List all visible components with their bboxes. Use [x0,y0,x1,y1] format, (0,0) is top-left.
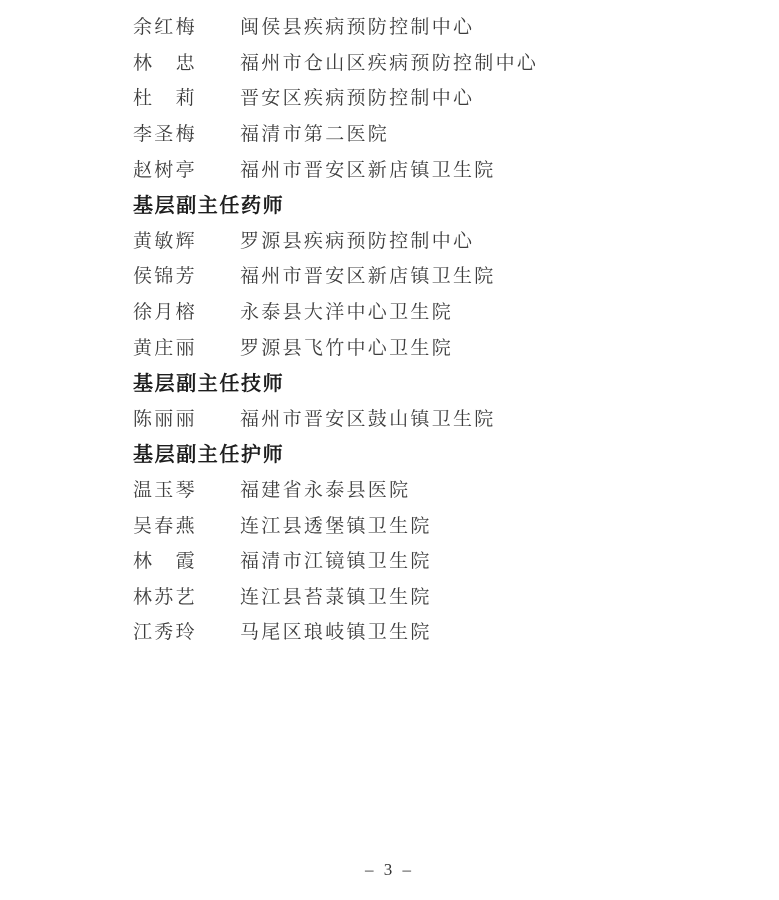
person-name: 温玉琴 [133,475,240,502]
roster-row: 余红梅闽侯县疾病预防控制中心 [133,8,693,44]
roster-row: 黄庄丽罗源县飞竹中心卫生院 [133,328,693,364]
organization: 福建省永泰县医院 [240,475,410,502]
roster-row: 黄敏辉罗源县疾病预防控制中心 [133,222,693,258]
person-name: 吴春燕 [133,511,240,538]
roster-row: 陈丽丽福州市晋安区鼓山镇卫生院 [133,400,693,436]
organization: 福州市晋安区新店镇卫生院 [240,261,496,288]
organization: 连江县苔菉镇卫生院 [240,582,432,609]
roster-row: 李圣梅福清市第二医院 [133,115,693,151]
roster-row: 徐月榕永泰县大洋中心卫生院 [133,293,693,329]
person-name: 赵树亭 [133,155,240,182]
organization: 福州市晋安区新店镇卫生院 [240,155,496,182]
document-page: 余红梅闽侯县疾病预防控制中心林 忠福州市仓山区疾病预防控制中心杜 莉晋安区疾病预… [0,0,779,900]
section-heading: 基层副主任护师 [133,435,693,471]
person-name: 黄敏辉 [133,226,240,253]
person-name: 林苏艺 [133,582,240,609]
organization: 罗源县飞竹中心卫生院 [240,333,453,360]
roster-list: 余红梅闽侯县疾病预防控制中心林 忠福州市仓山区疾病预防控制中心杜 莉晋安区疾病预… [133,8,693,649]
organization: 马尾区琅岐镇卫生院 [240,617,432,644]
roster-row: 杜 莉晋安区疾病预防控制中心 [133,79,693,115]
organization: 永泰县大洋中心卫生院 [240,297,453,324]
organization: 连江县透堡镇卫生院 [240,511,432,538]
roster-row: 林 霞福清市江镜镇卫生院 [133,542,693,578]
section-heading: 基层副主任技师 [133,364,693,400]
organization: 福州市仓山区疾病预防控制中心 [240,48,538,75]
organization: 晋安区疾病预防控制中心 [240,83,474,110]
roster-row: 吴春燕连江县透堡镇卫生院 [133,506,693,542]
roster-row: 江秀玲马尾区琅岐镇卫生院 [133,613,693,649]
organization: 福州市晋安区鼓山镇卫生院 [240,404,496,431]
roster-row: 林苏艺连江县苔菉镇卫生院 [133,578,693,614]
person-name: 林 霞 [133,546,240,573]
organization: 罗源县疾病预防控制中心 [240,226,474,253]
person-name: 徐月榕 [133,297,240,324]
organization: 闽侯县疾病预防控制中心 [240,12,474,39]
section-heading: 基层副主任药师 [133,186,693,222]
person-name: 李圣梅 [133,119,240,146]
roster-row: 温玉琴福建省永泰县医院 [133,471,693,507]
person-name: 江秀玲 [133,617,240,644]
person-name: 陈丽丽 [133,404,240,431]
person-name: 黄庄丽 [133,333,240,360]
organization: 福清市江镜镇卫生院 [240,546,432,573]
roster-row: 赵树亭福州市晋安区新店镇卫生院 [133,150,693,186]
roster-row: 侯锦芳福州市晋安区新店镇卫生院 [133,257,693,293]
page-number: – 3 – [0,860,779,880]
person-name: 侯锦芳 [133,261,240,288]
organization: 福清市第二医院 [240,119,389,146]
person-name: 林 忠 [133,48,240,75]
roster-row: 林 忠福州市仓山区疾病预防控制中心 [133,44,693,80]
person-name: 杜 莉 [133,83,240,110]
person-name: 余红梅 [133,12,240,39]
